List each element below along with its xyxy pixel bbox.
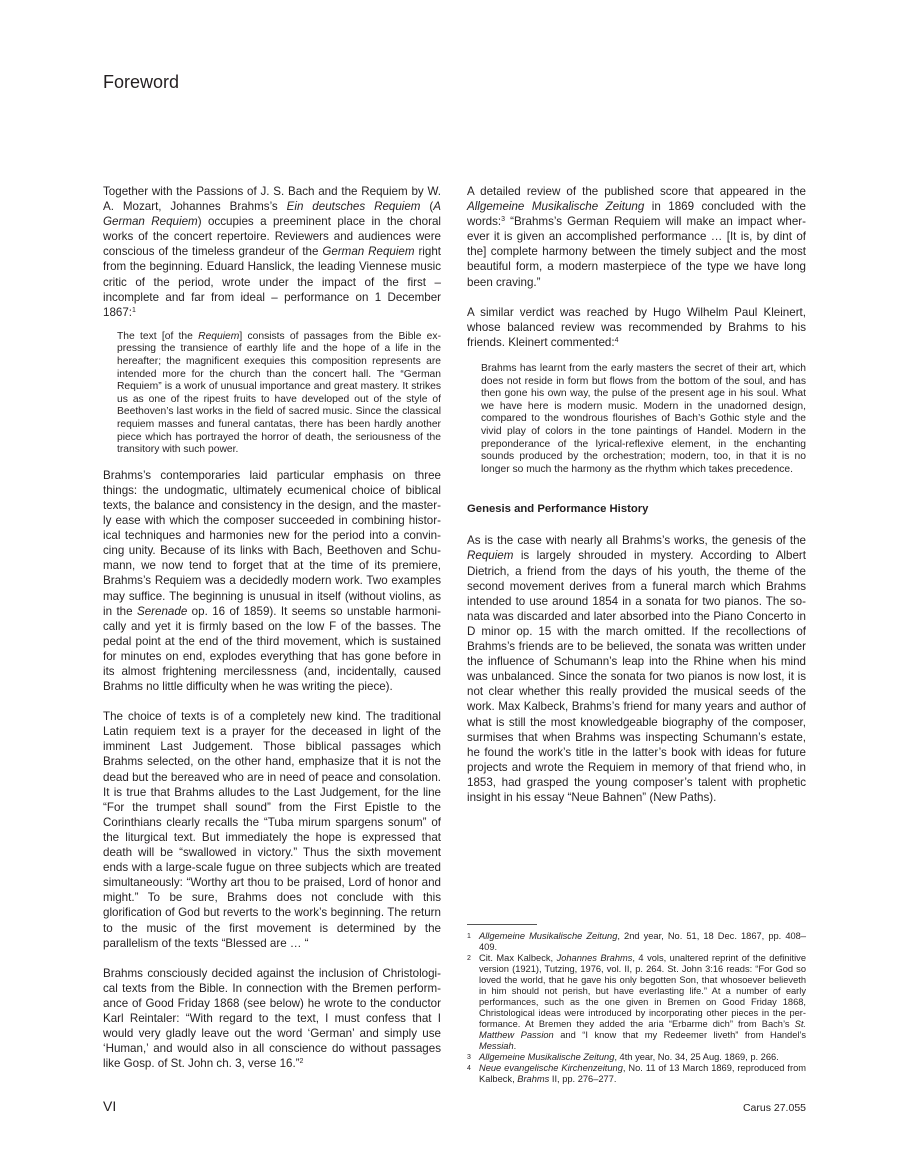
text-run: (	[420, 200, 433, 213]
footnote-number: 1	[467, 931, 479, 953]
work-title: Requiem	[467, 549, 513, 562]
text-run: , 4th year, No. 34, 25 Aug. 1869, p. 266…	[614, 1052, 778, 1062]
journal-title: Allgemeine Musikalische Zeitung	[467, 200, 644, 213]
text-run: is largely shrouded in mystery. Accordin…	[467, 549, 806, 804]
work-title: Requiem	[198, 331, 239, 342]
paragraph-contemporaries: Brahms’s contemporaries laid particular …	[103, 468, 441, 694]
work-title: Ein deutsches Requiem	[287, 200, 421, 213]
text-run: ] consists of passages from the Bible ex…	[117, 331, 441, 455]
journal-title: Allgemeine Musikalische Zeitung	[479, 1052, 614, 1062]
text-run: .	[514, 1041, 517, 1051]
text-run: Brahms’s contemporaries laid particular …	[103, 469, 441, 618]
footnote-text: Allgemeine Musikalische Zeitung, 2nd yea…	[479, 931, 806, 953]
book-title: Brahms	[517, 1074, 549, 1084]
page-number: VI	[103, 1098, 116, 1114]
footnote-text: Cit. Max Kalbeck, Johannes Brahms, 4 vol…	[479, 953, 806, 1052]
footnote-divider	[467, 924, 537, 925]
paragraph-intro: Together with the Passions of J. S. Bach…	[103, 184, 441, 320]
work-title: Serenade	[137, 605, 187, 618]
footnote-4: 4 Neue evangelische Kirchenzeitung, No. …	[467, 1063, 806, 1085]
text-run: A similar verdict was reached by Hugo Wi…	[467, 306, 806, 349]
journal-title: Neue evangelische Kirchenzeitung	[479, 1063, 623, 1073]
footnote-ref-2[interactable]: 2	[300, 1058, 304, 1065]
paragraph-genesis: As is the case with nearly all Brahms’s …	[467, 533, 806, 805]
footnote-number: 2	[467, 953, 479, 1052]
page-title: Foreword	[103, 72, 179, 93]
paragraph-kleinert: A similar verdict was reached by Hugo Wi…	[467, 305, 806, 350]
footnote-number: 3	[467, 1052, 479, 1063]
paragraph-choice-of-texts: The choice of texts is of a completely n…	[103, 709, 441, 951]
footnote-3: 3 Allgemeine Musikalische Zeitung, 4th y…	[467, 1052, 806, 1063]
footnote-2: 2 Cit. Max Kalbeck, Johannes Brahms, 4 v…	[467, 953, 806, 1052]
block-quote-kleinert: Brahms has learnt from the early masters…	[481, 363, 806, 476]
right-column: A detailed review of the published score…	[467, 184, 806, 805]
work-title: German Requiem	[322, 245, 414, 258]
journal-title: Allgemeine Musikalische Zeitung	[479, 931, 617, 941]
text-run: As is the case with nearly all Brahms’s …	[467, 534, 806, 547]
text-run: Cit. Max Kalbeck,	[479, 953, 557, 963]
footnote-ref-4[interactable]: 4	[615, 337, 619, 344]
text-run: The text [of the	[117, 331, 198, 342]
block-quote-hanslick: The text [of the Requiem] consists of pa…	[117, 331, 441, 457]
text-run: and “I know that my Redeemer liveth” fro…	[554, 1030, 806, 1040]
work-title: Messiah	[479, 1041, 514, 1051]
footnote-1: 1 Allgemeine Musikalische Zeitung, 2nd y…	[467, 931, 806, 953]
paragraph-review: A detailed review of the published score…	[467, 184, 806, 290]
catalog-number: Carus 27.055	[743, 1102, 806, 1114]
paragraph-christological: Brahms consciously decided against the i…	[103, 966, 441, 1072]
footnote-text: Allgemeine Musikalische Zeitung, 4th yea…	[479, 1052, 806, 1063]
text-run: , 4 vols, unaltered reprint of the defin…	[479, 953, 806, 1029]
footnote-text: Neue evangelische Kirchenzeitung, No. 11…	[479, 1063, 806, 1085]
section-heading-genesis: Genesis and Performance History	[467, 502, 806, 517]
book-title: Johannes Brahms	[557, 953, 633, 963]
text-run: II, pp. 276–277.	[549, 1074, 616, 1084]
left-column: Together with the Passions of J. S. Bach…	[103, 184, 441, 1071]
footnote-ref-1[interactable]: 1	[132, 307, 136, 314]
text-run: A detailed review of the published score…	[467, 185, 806, 198]
text-run: Brahms consciously decided against the i…	[103, 967, 441, 1071]
text-run: “Brahms’s German Requiem will make an im…	[467, 215, 806, 288]
footnote-number: 4	[467, 1063, 479, 1085]
footnotes: 1 Allgemeine Musikalische Zeitung, 2nd y…	[467, 924, 806, 1085]
